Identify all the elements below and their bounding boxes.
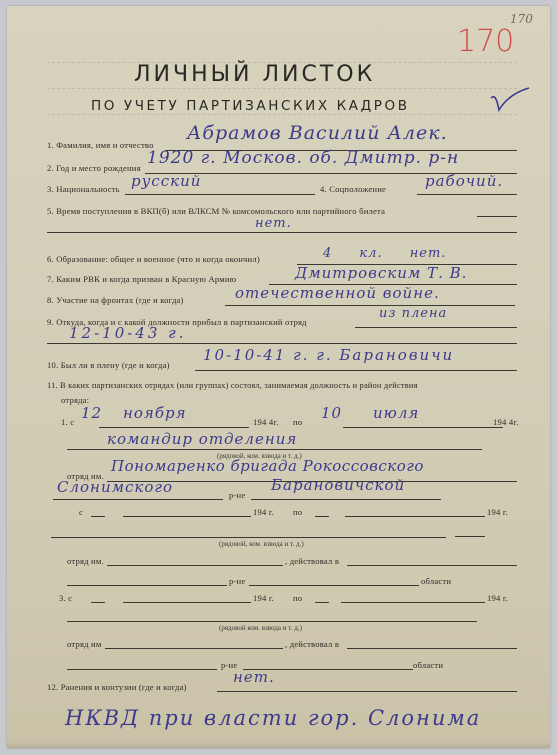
unit3-acted-label: , действовал в xyxy=(285,639,339,649)
value-draft: Дмитровским Т. В. xyxy=(295,264,467,282)
unit2-num: с xyxy=(79,507,83,517)
unit2-from-year: 194 г. xyxy=(253,507,274,517)
label-nationality: 3. Национальность xyxy=(47,184,120,194)
label-fronts: 8. Участие на фронтах (где и когда) xyxy=(47,295,184,305)
label-party: 5. Время поступления в ВКП(б) или ВЛКСМ … xyxy=(47,206,385,216)
unit2-region-label: области xyxy=(421,576,451,586)
label-draft: 7. Каким РВК и когда призван в Красную А… xyxy=(47,274,236,284)
unit3-position-hint: (рядовой ком. взвода и т. д.) xyxy=(219,624,302,632)
unit1-to-day: 10 xyxy=(321,404,342,422)
unit3-from-year: 194 г. xyxy=(253,593,274,603)
unit3-num: 3. с xyxy=(59,593,72,603)
check-mark-icon xyxy=(487,86,531,119)
unit1-district: Слонимского xyxy=(57,478,173,496)
unit3-region-label: области xyxy=(413,660,443,670)
footer-note: НКВД при власти гор. Слонима xyxy=(65,706,481,730)
label-education: 6. Образование: общее и военное (что и к… xyxy=(47,254,260,264)
page-subtitle: ПО УЧЕТУ ПАРТИЗАНСКИХ КАДРОВ xyxy=(91,98,410,114)
unit2-position-hint: (рядовой, ком. взвода и т. д.) xyxy=(219,540,304,548)
unit1-unit-name: Пономаренко бригада Рокоссовского xyxy=(111,457,424,475)
value-birth: 1920 г. Москов. об. Дмитр. р-н xyxy=(147,148,459,168)
value-nationality: русский xyxy=(131,172,201,190)
unit1-to-year: 194 4г. xyxy=(493,417,518,427)
archive-number-red: 170 xyxy=(457,22,514,62)
unit2-acted-label: , действовал в xyxy=(285,556,339,566)
label-captivity: 10. Был ли в плену (где и когда) xyxy=(47,360,170,370)
unit2-to-year: 194 г. xyxy=(487,507,508,517)
value-captivity: 10-10-41 г. г. Барановичи xyxy=(203,346,454,364)
value-arrived-from: из плена xyxy=(379,306,447,321)
unit3-unit-label: отряд им xyxy=(67,639,101,649)
unit1-to-label: по xyxy=(293,417,302,427)
label-birth: 2. Год и место рождения xyxy=(47,163,141,173)
value-fronts: отечественной войне. xyxy=(235,284,440,302)
unit2-district-label: р-не xyxy=(229,576,245,586)
value-social: рабочий. xyxy=(425,172,503,190)
unit1-region: Барановичской xyxy=(271,476,405,494)
unit1-to-month: июля xyxy=(373,404,419,422)
document-sheet: 170 170 ЛИЧНЫЙ ЛИСТОК ПО УЧЕТУ ПАРТИЗАНС… xyxy=(7,6,550,748)
unit3-to-label: по xyxy=(293,593,302,603)
unit1-from-month: ноября xyxy=(123,404,187,422)
unit1-num: 1. с xyxy=(61,417,74,427)
unit2-to-label: по xyxy=(293,507,302,517)
value-wounds: нет. xyxy=(233,668,275,686)
unit2-unit-label: отряд им. xyxy=(67,556,104,566)
value-full-name: Абрамов Василий Алек. xyxy=(187,122,448,144)
label-full-name: 1. Фамилия, имя и отчество xyxy=(47,140,154,150)
value-arrived-date: 12-10-43 г. xyxy=(69,324,187,342)
label-units: 11. В каких партизанских отрядах (или гр… xyxy=(47,381,418,390)
label-social: 4. Соцположение xyxy=(320,184,386,194)
unit1-district-label: р-не xyxy=(229,490,245,500)
page-title: ЛИЧНЫЙ ЛИСТОК xyxy=(134,62,375,87)
unit1-position: командир отделения xyxy=(107,430,297,448)
value-education: 4 кл. нет. xyxy=(323,246,446,261)
unit1-from-year: 194 4г. xyxy=(253,417,278,427)
unit3-to-year: 194 г. xyxy=(487,593,508,603)
value-party: нет. xyxy=(255,216,292,231)
unit1-from-day: 12 xyxy=(81,404,102,422)
label-wounds: 12. Ранения и контузии (где и когда) xyxy=(47,682,187,692)
